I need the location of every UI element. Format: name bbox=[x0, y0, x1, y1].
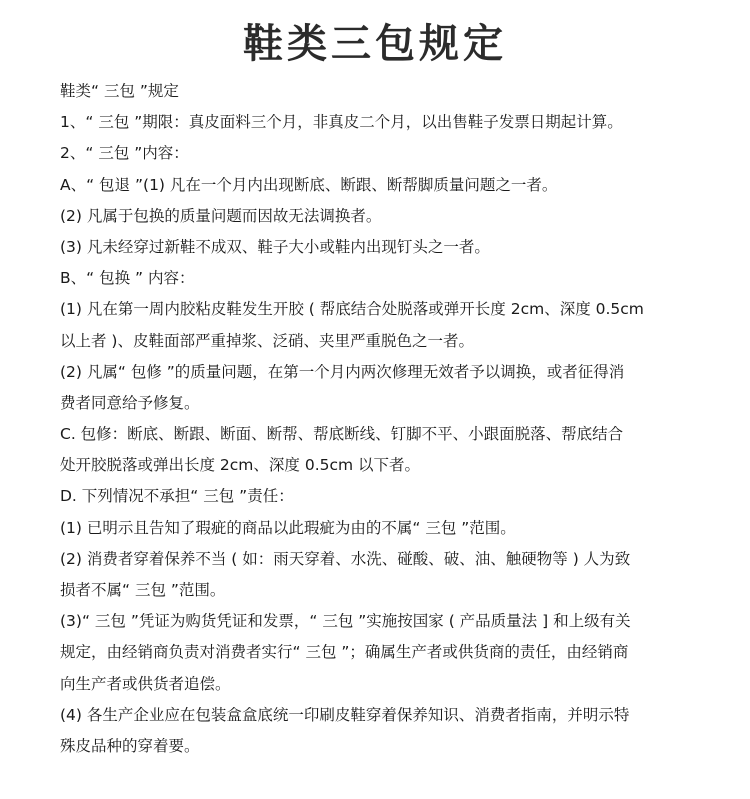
exclusions-heading: D. 下列情况不承担“ 三包 ”责任： bbox=[60, 481, 700, 512]
exclusion-item-4: (4) 各生产企业应在包装盒盒底统一印刷皮鞋穿着保养知识、消费者指南，并明示特 bbox=[60, 700, 700, 731]
repair-item-cont: 处开胶脱落或弹出长度 2cm、深度 0.5cm 以下者。 bbox=[60, 450, 700, 481]
exclusion-item-4-cont: 殊皮品种的穿着要。 bbox=[60, 731, 700, 762]
refund-item-3: (3) 凡未经穿过新鞋不成双、鞋子大小或鞋内出现钉头之一者。 bbox=[60, 232, 700, 263]
exchange-heading: B、“ 包换 ” 内容： bbox=[60, 263, 700, 294]
refund-item-1: A、“ 包退 ”(1) 凡在一个月内出现断底、断跟、断帮脚质量问题之一者。 bbox=[60, 170, 700, 201]
exchange-item-1: (1) 凡在第一周内胶粘皮鞋发生开胶 ( 帮底结合处脱落或弹开长度 2cm、深度… bbox=[60, 294, 700, 325]
warranty-period: 1、“ 三包 ”期限：真皮面料三个月，非真皮二个月，以出售鞋子发票日期起计算。 bbox=[60, 107, 700, 138]
exclusion-item-2-cont: 损者不属“ 三包 ”范围。 bbox=[60, 575, 700, 606]
exclusion-item-3-cont2: 向生产者或供货者追偿。 bbox=[60, 669, 700, 700]
warranty-content-heading: 2、“ 三包 ”内容： bbox=[60, 138, 700, 169]
exclusion-item-3: (3)“ 三包 ”凭证为购货凭证和发票，“ 三包 ”实施按国家 ( 产品质量法 … bbox=[60, 606, 700, 637]
exclusion-item-2: (2) 消费者穿着保养不当 ( 如：雨天穿着、水洗、碰酸、破、油、触硬物等 ) … bbox=[60, 544, 700, 575]
exchange-item-2-cont: 费者同意给予修复。 bbox=[60, 388, 700, 419]
exchange-item-1-cont: 以上者 )、皮鞋面部严重掉浆、泛硝、夹里严重脱色之一者。 bbox=[60, 326, 700, 357]
page-title: 鞋类三包规定 bbox=[0, 12, 750, 69]
exclusion-item-3-cont: 规定，由经销商负责对消费者实行“ 三包 ”；确属生产者或供货商的责任，由经销商 bbox=[60, 637, 700, 668]
exclusion-item-1: (1) 已明示且告知了瑕疵的商品以此瑕疵为由的不属“ 三包 ”范围。 bbox=[60, 513, 700, 544]
exchange-item-2: (2) 凡属“ 包修 ”的质量问题，在第一个月内两次修理无效者予以调换，或者征得… bbox=[60, 357, 700, 388]
refund-item-2: (2) 凡属于包换的质量问题而因故无法调换者。 bbox=[60, 201, 700, 232]
repair-item: C. 包修：断底、断跟、断面、断帮、帮底断线、钉脚不平、小跟面脱落、帮底结合 bbox=[60, 419, 700, 450]
regulation-body: 鞋类“ 三包 ”规定 1、“ 三包 ”期限：真皮面料三个月，非真皮二个月，以出售… bbox=[60, 76, 700, 762]
section-heading: 鞋类“ 三包 ”规定 bbox=[60, 76, 700, 107]
